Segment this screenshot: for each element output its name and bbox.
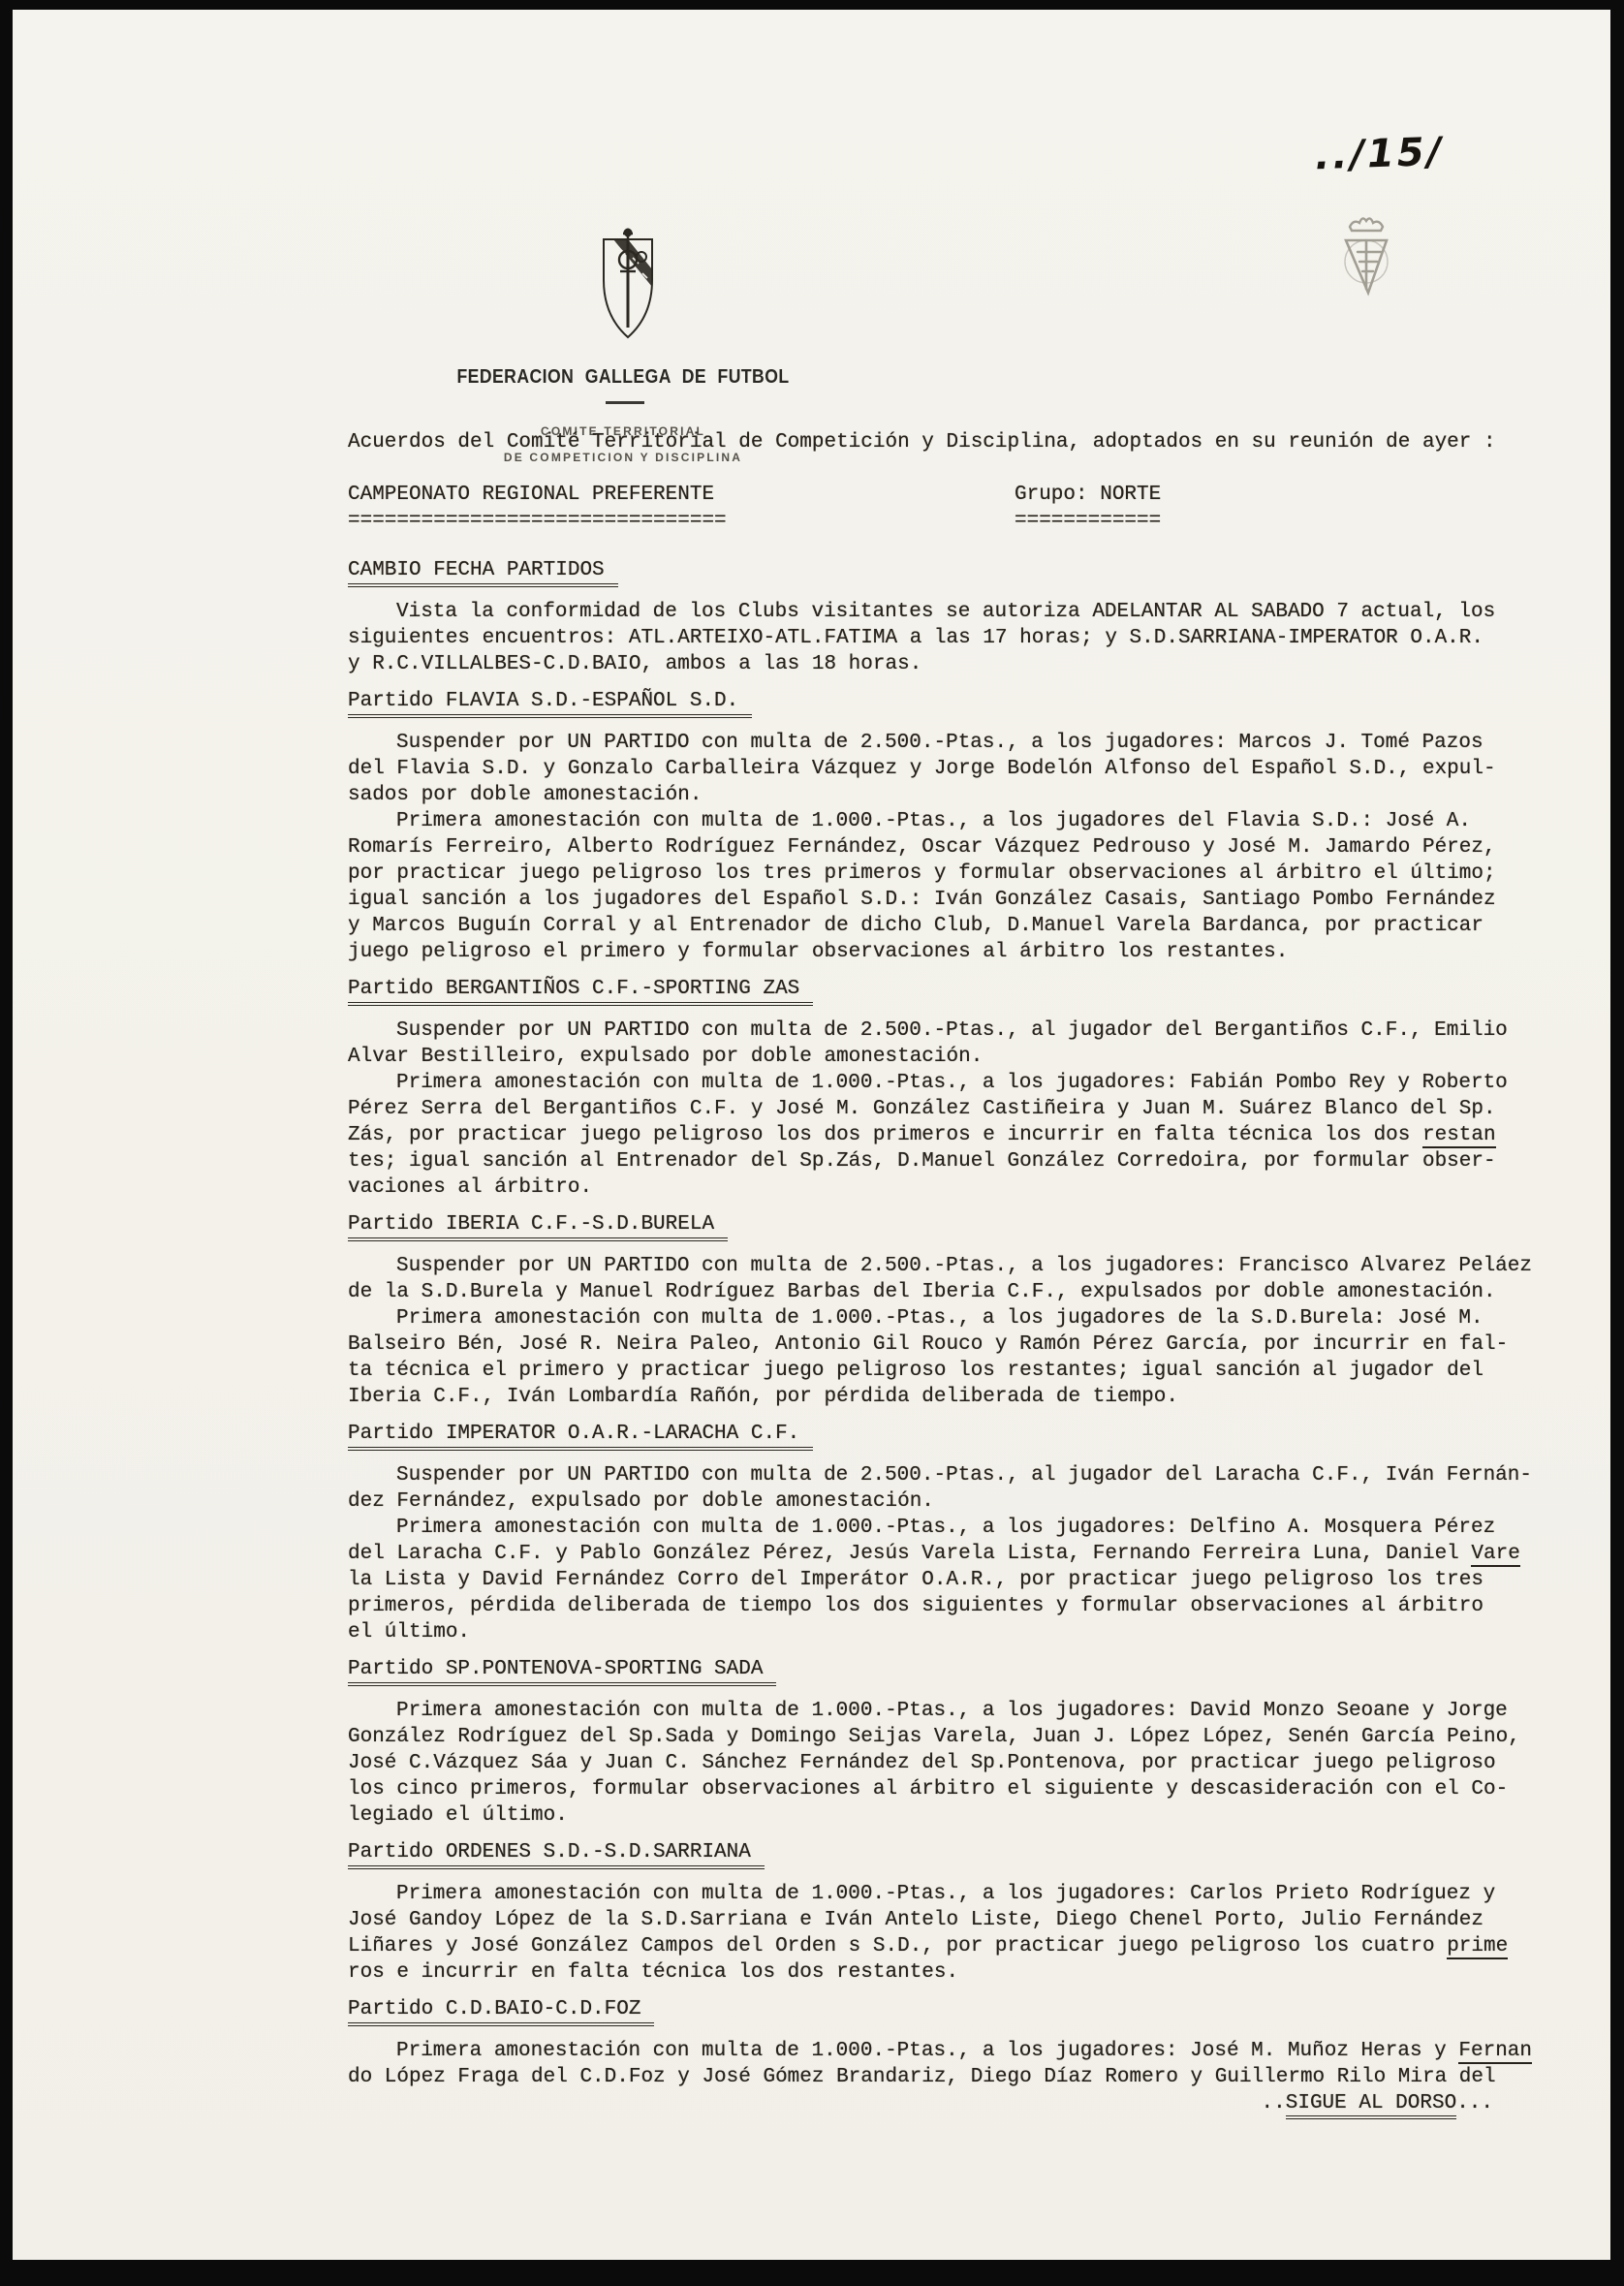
document-line: Suspender por UN PARTIDO con multa de 2.…	[348, 1018, 1608, 1044]
document-line: dez Fernández, expulsado por doble amone…	[348, 1488, 1608, 1515]
paragraph: Vista la conformidad de los Clubs visita…	[348, 599, 1608, 677]
paragraph: Suspender por UN PARTIDO con multa de 2.…	[348, 1462, 1608, 1515]
paragraph: Suspender por UN PARTIDO con multa de 2.…	[348, 1018, 1608, 1070]
document-line: siguientes encuentros: ATL.ARTEIXO-ATL.F…	[348, 625, 1608, 651]
section-title-text: Partido ORDENES S.D.-S.D.SARRIANA	[348, 1839, 765, 1869]
document-line: Primera amonestación con multa de 1.000.…	[348, 1881, 1608, 1907]
section-title: Partido C.D.BAIO-C.D.FOZ	[348, 1996, 1608, 2026]
document-line: Pérez Serra del Bergantiños C.F. y José …	[348, 1096, 1608, 1122]
paragraph: Suspender por UN PARTIDO con multa de 2.…	[348, 730, 1608, 808]
paragraph: Primera amonestación con multa de 1.000.…	[348, 1881, 1608, 1986]
document-line: Primera amonestación con multa de 1.000.…	[348, 1698, 1608, 1724]
document-line: igual sanción a los jugadores del Españo…	[348, 887, 1608, 913]
document-line: Primera amonestación con multa de 1.000.…	[348, 1515, 1608, 1541]
federation-stamp-icon	[1336, 211, 1396, 300]
intro-line: Acuerdos del Comité Territorial de Compe…	[348, 429, 1608, 455]
hyphenation-underline: Vare	[1471, 1543, 1519, 1567]
document-line: juego peligroso el primero y formular ob…	[348, 939, 1608, 965]
document-line: tes; igual sanción al Entrenador del Sp.…	[348, 1148, 1608, 1174]
continuation-text: SIGUE AL DORSO	[1286, 2092, 1456, 2119]
paper-sheet: ../15/ FEDERACION GALLEGA DE FUTBOL COMI…	[13, 10, 1610, 2260]
group-label: Grupo: NORTE	[1015, 482, 1161, 508]
document-line: Balseiro Bén, José R. Neira Paleo, Anton…	[348, 1331, 1608, 1358]
document-line: vaciones al árbitro.	[348, 1174, 1608, 1201]
group-block: Grupo: NORTE ============	[1015, 482, 1161, 534]
federation-crest-icon	[600, 227, 656, 343]
paragraph: Suspender por UN PARTIDO con multa de 2.…	[348, 1253, 1608, 1305]
document-line: José Gandoy López de la S.D.Sarriana e I…	[348, 1907, 1608, 1933]
document-line: Zás, por practicar juego peligroso los d…	[348, 1122, 1608, 1148]
document-line: sados por doble amonestación.	[348, 782, 1608, 808]
sections-container: CAMBIO FECHA PARTIDOSVista la conformida…	[348, 557, 1608, 2090]
championship-header: CAMPEONATO REGIONAL PREFERENTE =========…	[348, 482, 1608, 534]
championship-title: CAMPEONATO REGIONAL PREFERENTE	[348, 482, 727, 508]
section-title: Partido FLAVIA S.D.-ESPAÑOL S.D.	[348, 688, 1608, 718]
document-line: Suspender por UN PARTIDO con multa de 2.…	[348, 730, 1608, 756]
paragraph: Primera amonestación con multa de 1.000.…	[348, 1305, 1608, 1410]
championship-underline: ===============================	[348, 508, 727, 534]
document-line: Primera amonestación con multa de 1.000.…	[348, 1070, 1608, 1096]
paragraph: Primera amonestación con multa de 1.000.…	[348, 1515, 1608, 1645]
section-title: Partido BERGANTIÑOS C.F.-SPORTING ZAS	[348, 976, 1608, 1006]
document-line: ta técnica el primero y practicar juego …	[348, 1358, 1608, 1384]
document-line: Romarís Ferreiro, Alberto Rodríguez Fern…	[348, 834, 1608, 861]
continuation-suffix: ...	[1456, 2092, 1493, 2114]
document-line: Alvar Bestilleiro, expulsado por doble a…	[348, 1044, 1608, 1070]
section-title: CAMBIO FECHA PARTIDOS	[348, 557, 1608, 587]
document-line: por practicar juego peligroso los tres p…	[348, 861, 1608, 887]
document-line: legiado el último.	[348, 1802, 1608, 1829]
document-line: Suspender por UN PARTIDO con multa de 2.…	[348, 1462, 1608, 1488]
section-title-text: Partido BERGANTIÑOS C.F.-SPORTING ZAS	[348, 976, 813, 1006]
section-title: Partido ORDENES S.D.-S.D.SARRIANA	[348, 1839, 1608, 1869]
paragraph: Primera amonestación con multa de 1.000.…	[348, 2038, 1608, 2090]
section-title-text: Partido C.D.BAIO-C.D.FOZ	[348, 1996, 654, 2026]
document-line: del Flavia S.D. y Gonzalo Carballeira Vá…	[348, 756, 1608, 782]
hyphenation-underline: restan	[1422, 1124, 1496, 1148]
hyphenation-underline: prime	[1447, 1935, 1508, 1959]
letterhead-divider	[606, 401, 644, 404]
document-line: Vista la conformidad de los Clubs visita…	[348, 599, 1608, 625]
scanned-document-page: { "page_number": "../15/", "letterhead":…	[0, 0, 1624, 2286]
paragraph: Primera amonestación con multa de 1.000.…	[348, 808, 1608, 965]
document-line: Primera amonestación con multa de 1.000.…	[348, 2038, 1608, 2064]
document-line: González Rodríguez del Sp.Sada y Domingo…	[348, 1724, 1608, 1750]
document-line: los cinco primeros, formular observacion…	[348, 1776, 1608, 1802]
document-line: Suspender por UN PARTIDO con multa de 2.…	[348, 1253, 1608, 1279]
document-line: Primera amonestación con multa de 1.000.…	[348, 808, 1608, 834]
document-line: José C.Vázquez Sáa y Juan C. Sánchez Fer…	[348, 1750, 1608, 1776]
document-line: y Marcos Buguín Corral y al Entrenador d…	[348, 913, 1608, 939]
section-title: Partido IMPERATOR O.A.R.-LARACHA C.F.	[348, 1421, 1608, 1451]
continuation-prefix: ..	[1262, 2092, 1286, 2114]
document-line: y R.C.VILLALBES-C.D.BAIO, ambos a las 18…	[348, 651, 1608, 677]
document-line: Iberia C.F., Iván Lombardía Rañón, por p…	[348, 1384, 1608, 1410]
document-line: el último.	[348, 1619, 1608, 1645]
document-line: primeros, pérdida deliberada de tiempo l…	[348, 1593, 1608, 1619]
document-line: la Lista y David Fernández Corro del Imp…	[348, 1567, 1608, 1593]
championship-block: CAMPEONATO REGIONAL PREFERENTE =========…	[348, 482, 727, 534]
document-line: Liñares y José González Campos del Orden…	[348, 1933, 1608, 1959]
paragraph: Primera amonestación con multa de 1.000.…	[348, 1070, 1608, 1201]
section-title-text: Partido IMPERATOR O.A.R.-LARACHA C.F.	[348, 1421, 813, 1451]
document-body: Acuerdos del Comité Territorial de Compe…	[348, 429, 1608, 2116]
document-line: Primera amonestación con multa de 1.000.…	[348, 1305, 1608, 1331]
document-line: de la S.D.Burela y Manuel Rodríguez Barb…	[348, 1279, 1608, 1305]
document-line: ros e incurrir en falta técnica los dos …	[348, 1959, 1608, 1986]
section-title-text: Partido IBERIA C.F.-S.D.BURELA	[348, 1211, 728, 1241]
organization-name: FEDERACION GALLEGA DE FUTBOL	[401, 366, 845, 389]
hyphenation-underline: Fernan	[1458, 2040, 1532, 2064]
continuation-note: ..SIGUE AL DORSO...	[348, 2090, 1608, 2116]
section-title: Partido SP.PONTENOVA-SPORTING SADA	[348, 1656, 1608, 1686]
section-title-text: CAMBIO FECHA PARTIDOS	[348, 557, 618, 587]
document-line: del Laracha C.F. y Pablo González Pérez,…	[348, 1541, 1608, 1567]
group-underline: ============	[1015, 508, 1161, 534]
handwritten-page-number: ../15/	[1314, 130, 1445, 179]
section-title-text: Partido SP.PONTENOVA-SPORTING SADA	[348, 1656, 776, 1686]
section-title: Partido IBERIA C.F.-S.D.BURELA	[348, 1211, 1608, 1241]
paragraph: Primera amonestación con multa de 1.000.…	[348, 1698, 1608, 1829]
section-title-text: Partido FLAVIA S.D.-ESPAÑOL S.D.	[348, 688, 752, 718]
document-line: do López Fraga del C.D.Foz y José Gómez …	[348, 2064, 1608, 2090]
